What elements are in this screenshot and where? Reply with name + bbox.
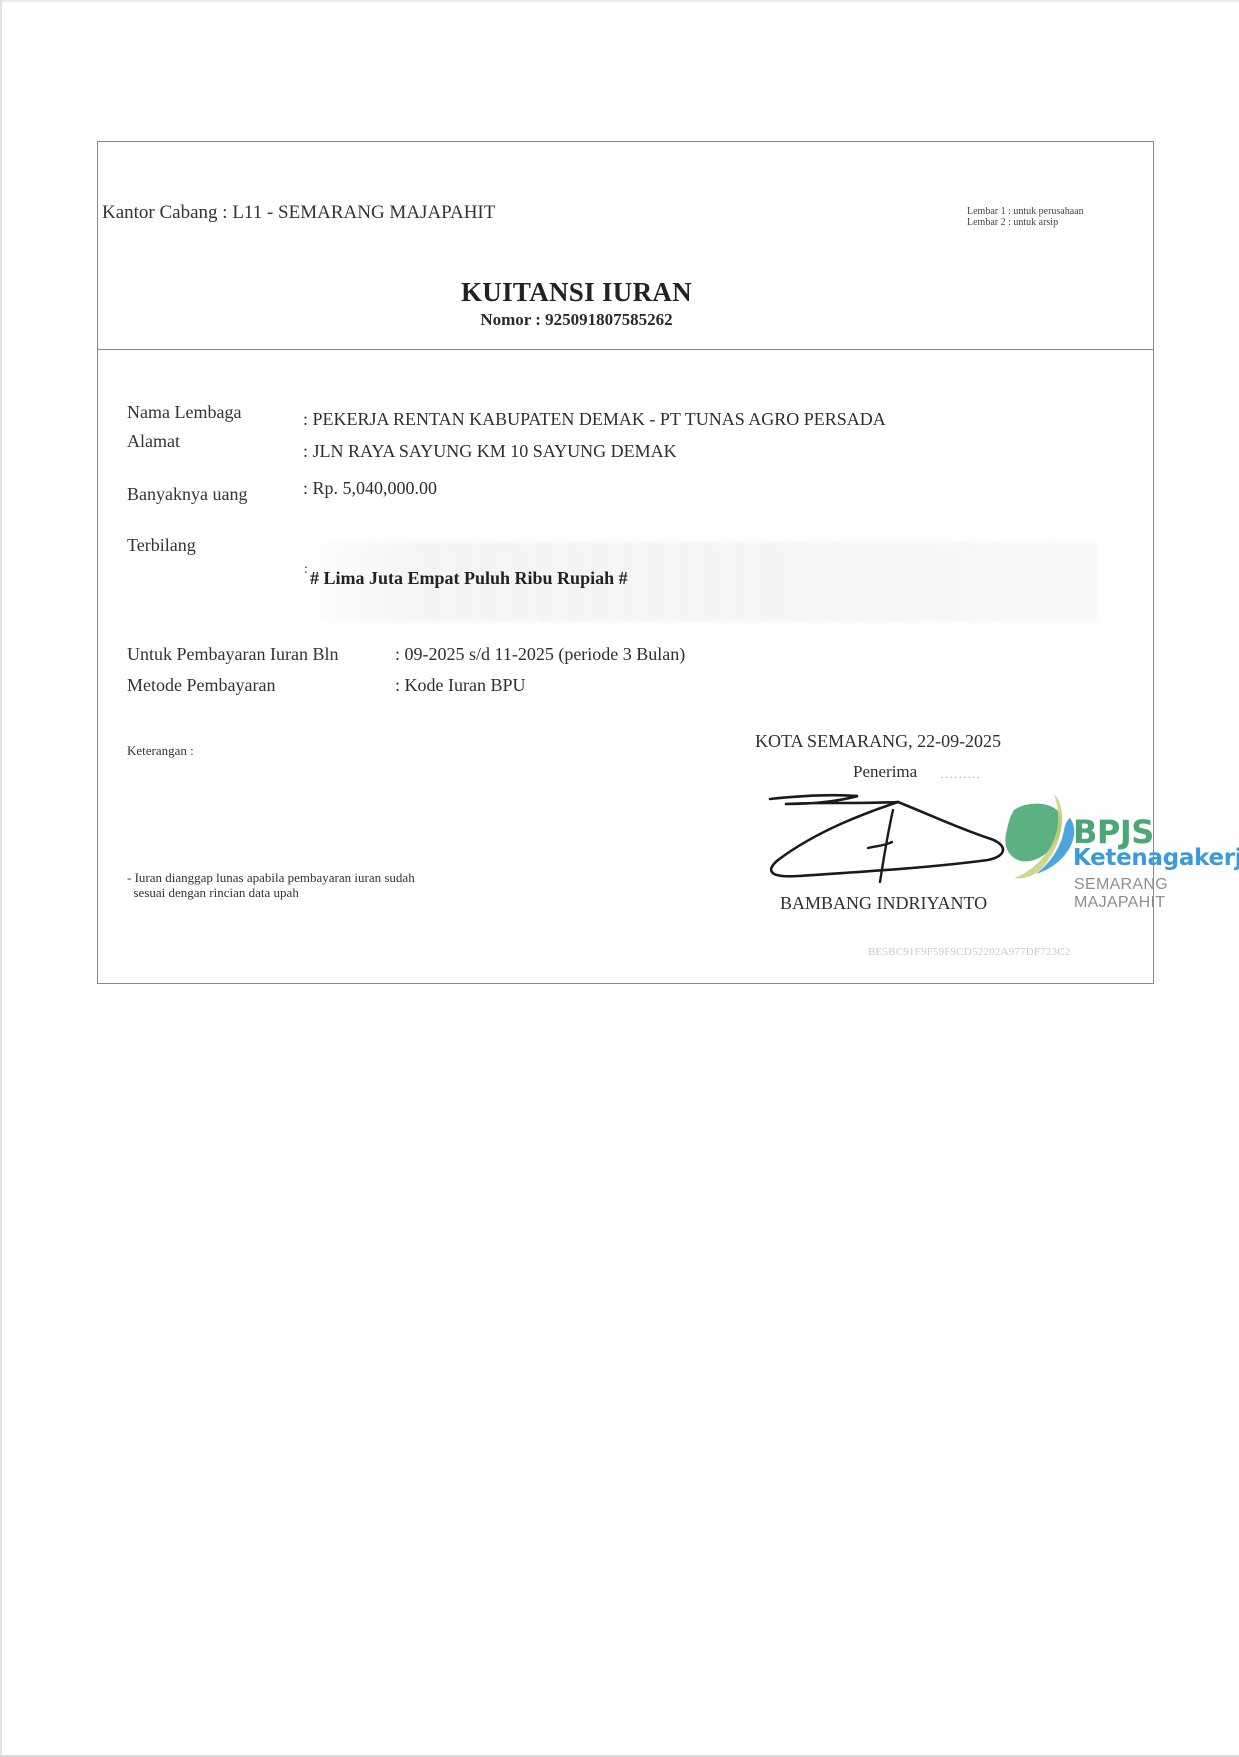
receiver-dots: ......... <box>941 770 982 781</box>
verification-hash: BE5BC91F9F59F9CD52202A977DF723C2 <box>868 946 1071 958</box>
receiver-label: Penerima <box>853 762 917 782</box>
remarks-notes: - Iuran dianggap lunas apabila pembayara… <box>127 870 415 900</box>
place-date: KOTA SEMARANG, 22-09-2025 <box>755 731 1001 752</box>
method-value: : Kode Iuran BPU <box>395 675 525 696</box>
address-label: Alamat <box>127 431 180 452</box>
remarks-label: Keterangan : <box>127 743 194 759</box>
copy-note: Lembar 2 : untuk arsip <box>967 217 1084 228</box>
address-value: : JLN RAYA SAYUNG KM 10 SAYUNG DEMAK <box>303 441 677 462</box>
page-edge <box>0 0 1239 3</box>
remarks-note: sesuai dengan rincian data upah <box>127 885 415 900</box>
period-value: : 09-2025 s/d 11-2025 (periode 3 Bulan) <box>395 644 685 665</box>
copy-notes: Lembar 1 : untuk perusahaan Lembar 2 : u… <box>967 206 1084 228</box>
signer-name: BAMBANG INDRIYANTO <box>780 893 987 914</box>
in-words-label: Terbilang <box>127 535 196 556</box>
receipt-number: Nomor : 925091807585262 <box>0 310 1155 330</box>
in-words-value: # Lima Juta Empat Puluh Ribu Rupiah # <box>310 568 628 589</box>
branch-office: Kantor Cabang : L11 - SEMARANG MAJAPAHIT <box>102 202 495 224</box>
receipt-box: Kantor Cabang : L11 - SEMARANG MAJAPAHIT… <box>97 141 1154 984</box>
period-label: Untuk Pembayaran Iuran Bln <box>127 644 338 665</box>
in-words-colon: : <box>304 562 308 578</box>
method-label: Metode Pembayaran <box>127 675 275 696</box>
remarks-note: - Iuran dianggap lunas apabila pembayara… <box>127 870 415 885</box>
amount-value: : Rp. 5,040,000.00 <box>303 478 437 499</box>
document-title: KUITANSI IURAN <box>0 277 1155 308</box>
institution-value: : PEKERJA RENTAN KABUPATEN DEMAK - PT TU… <box>303 409 886 430</box>
copy-note: Lembar 1 : untuk perusahaan <box>967 206 1084 217</box>
page-edge <box>0 0 2 1757</box>
title-block: KUITANSI IURAN Nomor : 925091807585262 <box>98 277 1155 330</box>
institution-label: Nama Lembaga <box>127 402 241 423</box>
amount-label: Banyaknya uang <box>127 484 247 505</box>
header-divider <box>98 349 1153 350</box>
